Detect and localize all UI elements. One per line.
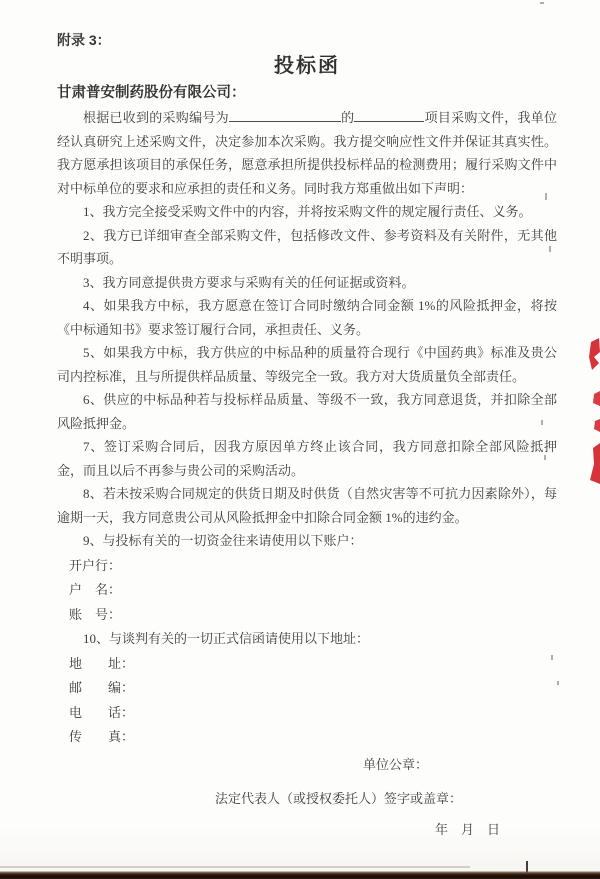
scan-speck [545,193,547,200]
account-field-number: 账 号： [57,603,557,628]
scan-speck [551,655,553,660]
appendix-label: 附录 3： [57,30,557,50]
red-seal-mark-top [589,338,600,370]
date-line: 年 月 日 [57,818,557,842]
blank-project-name-line [354,108,424,122]
document-title: 投标函 [57,53,557,79]
statement-item-1: 1、我方完全接受采购文件中的内容，并将按采购文件的规定履行责任、义务。 [57,200,557,224]
account-field-bank: 开户行： [57,554,557,579]
signature-block: 单位公章： 法定代表人（或授权委托人）签字或盖章： 年 月 日 [57,753,557,842]
scan-edge-smudge [0,866,470,868]
document-content: 附录 3： 投标函 甘肃普安制药股份有限公司： 根据已收到的采购编号为的项目采购… [0,0,600,842]
intro-paragraph: 根据已收到的采购编号为的项目采购文件，我单位经认真研究上述采购文件，决定参加本次… [57,106,557,200]
scan-speck [540,2,544,4]
intro-text-before-blank: 根据已收到的采购编号为 [83,110,229,125]
statement-item-10: 10、与谈判有关的一切正式信函请使用以下地址： [57,627,557,652]
company-seal-label: 单位公章： [57,753,557,777]
address-field-address: 地 址： [57,652,557,677]
intro-text-between-blanks: 的 [341,110,355,125]
red-seal-mark-small-2 [594,419,600,432]
red-seal-fragment [584,336,600,486]
scan-speck [549,246,551,252]
legal-representative-signature-line: 法定代表人（或授权委托人）签字或盖章： [57,787,557,811]
account-field-holder-name: 户 名： [57,578,557,603]
addressee-line: 甘肃普安制药股份有限公司： [57,82,557,105]
address-field-fax: 传 真： [57,725,557,750]
red-seal-mark-bottom [590,443,600,484]
statement-item-8: 8、若未按采购合同规定的供货日期及时供货（自然灾害等不可抗力因素除外），每逾期一… [57,482,557,529]
address-field-phone: 电 话： [57,701,557,726]
statement-item-9: 9、与投标有关的一切资金往来请使用以下账户： [57,529,557,554]
statement-item-4: 4、如果我方中标，我方愿意在签订合同时缴纳合同金额 1%的风险抵押金，将按《中标… [57,294,557,341]
scan-bottom-edge [0,871,600,879]
scan-speck [541,420,543,425]
statement-item-5: 5、如果我方中标，我方供应的中标品种的质量符合现行《中国药典》标准及贵公司内控标… [57,341,557,388]
statement-item-7: 7、签订采购合同后，因我方原因单方终止该合同，我方同意扣除全部风险抵押金，而且以… [57,435,557,482]
red-seal-mark-small-1 [593,391,600,406]
address-field-postcode: 邮 编： [57,676,557,701]
statement-item-6: 6、供应的中标品种若与投标样品质量、等级不一致，我方同意退货，并扣除全部风险抵押… [57,388,557,435]
scan-speck [544,455,546,460]
scanned-document-page: 附录 3： 投标函 甘肃普安制药股份有限公司： 根据已收到的采购编号为的项目采购… [0,0,600,879]
scan-speck [557,681,559,685]
statement-item-3: 3、我方同意提供贵方要求与采购有关的任何证据或资料。 [57,271,557,295]
statement-item-2: 2、我方已详细审查全部采购文件，包括修改文件、参考资料及有关附件，无其他不明事项… [57,224,557,271]
blank-procurement-number-line [229,108,341,122]
